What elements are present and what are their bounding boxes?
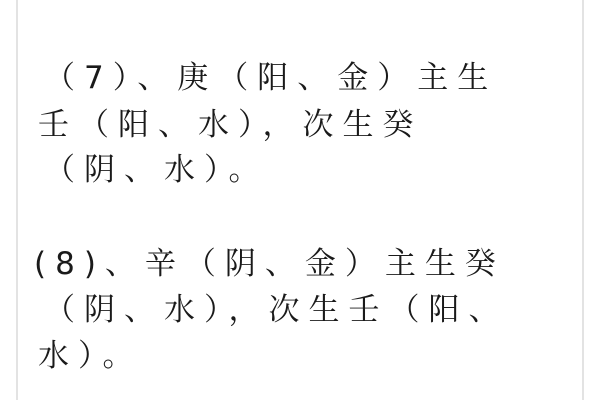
page-border-left <box>16 0 18 400</box>
text-line: 壬（阳、水），次生癸 <box>38 107 423 143</box>
page-border-right <box>582 0 584 400</box>
text-line: 水）。 <box>38 338 143 374</box>
text-line: （7）、庚（阳、金）主生 <box>44 60 497 96</box>
text-line: （阴、水），次生壬（阳、 <box>44 292 509 328</box>
text-line: (8)、辛（阴、金）主生癸 <box>34 246 505 282</box>
text-line: （阴、水）。 <box>44 152 269 188</box>
